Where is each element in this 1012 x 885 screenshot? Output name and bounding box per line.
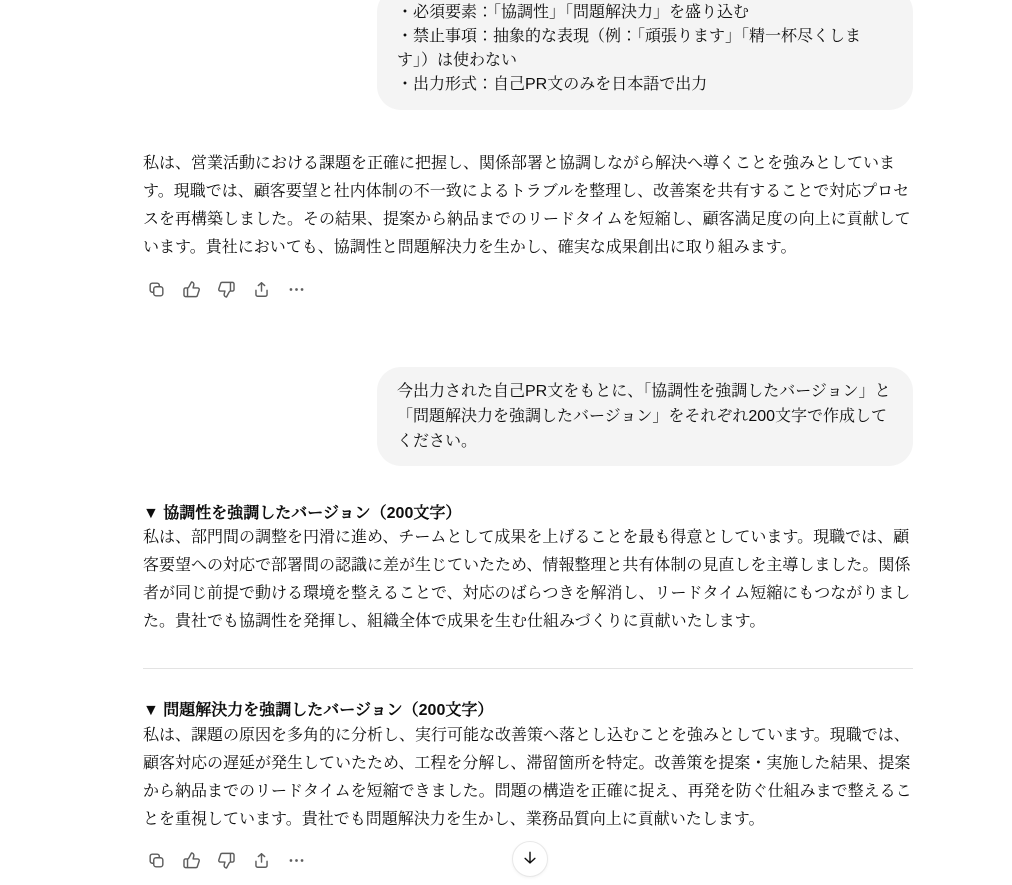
share-icon <box>252 851 271 870</box>
chat-column: ・必須要素：「協調性」「問題解決力」を盛り込む ・禁止事項：抽象的な表現（例：「… <box>143 0 913 885</box>
user-message-bubble-2: 今出力された自己PR文をもとに、「協調性を強調したバージョン」と「問題解決力を強… <box>377 367 913 466</box>
section-2-body: 私は、課題の原因を多角的に分析し、実行可能な改善策へ落とし込むことを強みとしてい… <box>143 722 913 834</box>
share-button[interactable] <box>250 849 272 871</box>
copy-icon <box>147 280 166 299</box>
share-icon <box>252 280 271 299</box>
thumbs-up-button[interactable] <box>180 278 202 300</box>
thumbs-down-button[interactable] <box>215 849 237 871</box>
more-options-icon <box>287 851 306 870</box>
section-2-heading: ▼ 問題解決力を強調したバージョン（200文字） <box>143 700 913 722</box>
more-options-button[interactable] <box>285 849 307 871</box>
thumbs-down-icon <box>217 280 236 299</box>
scroll-to-bottom-button[interactable] <box>512 841 548 877</box>
assistant-message-1-text: 私は、営業活動における課題を正確に把握し、関係部署と協調しながら解決へ導くことを… <box>143 150 913 262</box>
assistant-message-1-actions <box>145 278 307 300</box>
section-1-body: 私は、部門間の調整を円滑に進め、チームとして成果を上げることを最も得意としていま… <box>143 524 913 636</box>
thumbs-up-icon <box>182 851 201 870</box>
assistant-message-2-actions <box>145 849 307 871</box>
copy-button[interactable] <box>145 278 167 300</box>
thumbs-down-icon <box>217 851 236 870</box>
section-divider <box>143 668 913 669</box>
more-options-button[interactable] <box>285 278 307 300</box>
thumbs-up-button[interactable] <box>180 849 202 871</box>
thumbs-down-button[interactable] <box>215 278 237 300</box>
copy-button[interactable] <box>145 849 167 871</box>
more-options-icon <box>287 280 306 299</box>
section-1-heading: ▼ 協調性を強調したバージョン（200文字） <box>143 503 913 525</box>
share-button[interactable] <box>250 278 272 300</box>
copy-icon <box>147 851 166 870</box>
user-message-bubble-1: ・必須要素：「協調性」「問題解決力」を盛り込む ・禁止事項：抽象的な表現（例：「… <box>377 0 913 110</box>
thumbs-up-icon <box>182 280 201 299</box>
arrow-down-icon <box>521 849 539 870</box>
